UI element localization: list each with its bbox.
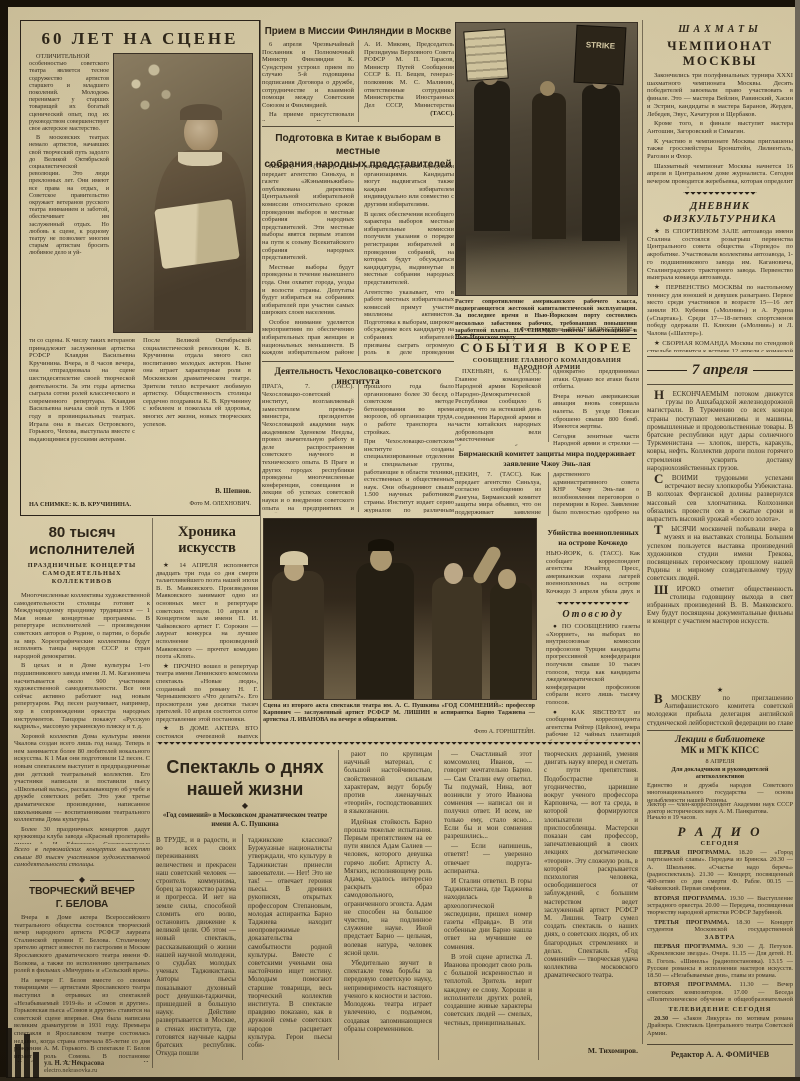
otovsyudu-title: Отовсюду	[546, 609, 640, 620]
theater-caption: Сцена из второго акта спектакля театра и…	[263, 702, 535, 724]
feature-caption: НА СНИМКЕ: К. В. КРУЧИНИНА.	[29, 501, 169, 508]
sports-diary-items: ★ В СПОРТИВНОМ ЗАЛЕ автозавода имени Ста…	[647, 228, 793, 352]
eighty-title-line1: 80 тысяч	[14, 524, 150, 541]
lectures-lecturer: Лектор — член-корреспондент Академии нау…	[647, 801, 793, 815]
chess-body: Закончились три полуфинальных турнира XX…	[647, 72, 793, 188]
koje-title-line2: на острове Кочжедо	[546, 538, 640, 548]
korea-col1: ПХЕНЬЯН, 6. (ТАСС). Главное командование…	[455, 368, 541, 446]
review-subtitle-line2: имени А. С. Пушкина	[156, 821, 334, 830]
lectures-audience: Для докладчиков и руководителей агитколл…	[647, 766, 793, 780]
divider	[358, 40, 359, 122]
scan-edge-right	[795, 0, 800, 1081]
radio-title: Р А Д И О	[647, 824, 793, 840]
picketer-head	[540, 81, 555, 96]
divider	[556, 602, 630, 606]
actor-figure	[272, 571, 324, 699]
radio-tv: 20.30 — «Закон Ликурга» по мотивам роман…	[647, 1015, 793, 1041]
divider	[438, 750, 439, 1060]
diamond-icon: ◆	[79, 876, 85, 884]
divider	[455, 334, 637, 339]
divider	[262, 126, 454, 127]
otovsyudu-items: ● ПО СООБЩЕНИЮ газеты «Хюрриет», на выбо…	[546, 623, 640, 741]
chronicle-title-line2: искусств	[156, 540, 258, 556]
feature-title: 60 ЛЕТ НА СЦЕНЕ	[21, 29, 259, 49]
czech-col2: прошлого года было организовано более 30…	[364, 383, 454, 513]
china-title-line1: Подготовка в Китае к выборам в местные	[262, 132, 454, 158]
editor-line: Редактор А. А. ФОМИЧЕВ	[647, 1050, 793, 1059]
divider	[647, 356, 793, 357]
diamond-icon: ◆	[156, 802, 334, 810]
chess-title-line2: МОСКВЫ	[647, 53, 793, 68]
eighty-body: Многочисленные коллективы художественной…	[14, 592, 150, 844]
radio-tomorrow-label: ЗАВТРА	[647, 934, 793, 941]
lectures-audience-line1: Для докладчиков и руководителей	[647, 766, 793, 773]
hair	[180, 104, 222, 120]
china-col2: ративами и другими народными организация…	[364, 163, 454, 357]
actor-face	[444, 563, 463, 584]
actor-face	[498, 569, 516, 589]
strike-credit: Фото из журнала «ВЕЛЬТ ИЛЛЮСТРИРТЕ».	[455, 327, 637, 333]
library-watermark: ул. Н. А. Некрасова electro.nekrasovka.r…	[6, 1026, 156, 1078]
april7-body: НЕСКОНЧАЕМЫМ потоком движутся грузы по А…	[647, 390, 793, 684]
actor-figure	[432, 577, 482, 699]
review-subtitle: «Год сомнений» в Московском драматическо…	[156, 812, 334, 829]
theater-credit: Фото А. ГОРНШТЕЙН.	[263, 729, 535, 735]
review-col5: творческих дерзаний, умения двигать наук…	[544, 750, 638, 1042]
chronicle-title-line1: Хроника	[156, 524, 258, 540]
lectures-audience-line2: агитколлективов	[647, 773, 793, 780]
lectures-topic: Единство и дружба народов Советского мно…	[647, 782, 793, 802]
burma-col2: дарственного административного совета КН…	[553, 471, 639, 517]
chess-title-line1: ЧЕМПИОНАТ	[647, 38, 793, 53]
feature-col2: ти со сцены. К числу таких ветеранов при…	[29, 337, 135, 485]
watermark-bars-icon	[6, 1028, 39, 1078]
picketer-figure	[582, 85, 620, 241]
eighty-subtitle: ПРАЗДНИЧНЫЕ КОНЦЕРТЫ САМОДЕЯТЕЛЬНЫХ КОЛЛ…	[14, 562, 150, 586]
burma-title-line1: Бирманский комитет защиты мира поддержив…	[455, 449, 639, 459]
belov-title-line1: ТВОРЧЕСКИЙ ВЕЧЕР	[14, 886, 150, 899]
review-col4: — Счастливый этот комсомолец Иванов, — г…	[444, 750, 532, 1060]
watermark-line2: electro.nekrasovka.ru	[44, 1067, 104, 1074]
divider	[338, 750, 339, 1060]
divider	[647, 384, 793, 385]
radio-today-label: СЕГОДНЯ	[647, 840, 793, 847]
review-col2: таджикские классики? Буржуазные национал…	[248, 836, 332, 1060]
april7-body2: В МОСКВУ по приглашению Антифашистского …	[647, 694, 793, 726]
review-col3: рают по крупицам научный материал, с бол…	[344, 750, 432, 1060]
review-col1: В ТРУДЕ, и в радости, и во всех своих пе…	[156, 836, 236, 1060]
april7-header: 7 апреля	[647, 362, 793, 379]
scan-edge-top	[0, 0, 800, 7]
picketer-figure	[474, 81, 510, 231]
newspaper-page: 60 ЛЕТ НА СЦЕНЕ ОТЛИЧИТЕЛЬНОЙ особенност…	[0, 0, 800, 1081]
chess-kicker: ШАХМАТЫ	[647, 24, 793, 35]
radio-tomorrow: ПЕРВАЯ ПРОГРАММА. 9.30 — Д. Петухов. «Кр…	[647, 943, 793, 1005]
feature-col3: После Великой Октябрьской социалистическ…	[143, 337, 251, 485]
koje-title-line1: Убийства военнопленных	[546, 528, 640, 538]
headscarf	[280, 551, 308, 565]
korea-title: СОБЫТИЯ В КОРЕЕ	[455, 340, 639, 356]
burma-title: Бирманский комитет защиты мира поддержив…	[455, 449, 639, 468]
china-col1: ПЕКИН, 7. (ТАСС). Как передает агентство…	[262, 163, 354, 357]
belov-title-line2: Г. БЕЛОВА	[14, 899, 150, 912]
strike-sign-text: STRIKE	[586, 40, 616, 51]
review-title: Спектакль о днях нашей жизни	[156, 756, 334, 800]
picket-sign	[464, 30, 507, 81]
koje-body: НЬЮ-ЙОРК, 6. (ТАСС). Как сообщает коррес…	[546, 550, 640, 598]
actor-figure	[490, 583, 532, 699]
lectures-title: Лекции в библиотеке МК и МГК КПСС	[647, 735, 793, 757]
theater-scene-photo	[263, 518, 537, 700]
strike-sign: STRIKE	[575, 26, 626, 84]
actor-hair	[368, 539, 394, 551]
review-title-line1: Спектакль о днях	[156, 756, 334, 778]
czech-col1: ПРАГА, 7. (ТАСС). Чехословацко-советский…	[262, 383, 354, 513]
feature-60-years-box: 60 ЛЕТ НА СЦЕНЕ ОТЛИЧИТЕЛЬНОЙ особенност…	[20, 20, 260, 516]
divider	[683, 192, 757, 196]
strike-picket-photo: STRIKE	[455, 22, 638, 296]
divider	[156, 742, 640, 746]
feature-photo-credit: Фото М. ОЛЕХНОВИЧ.	[171, 501, 251, 507]
review-title-line2: нашей жизни	[156, 778, 334, 800]
eighty-sub2: САМОДЕЯТЕЛЬНЫХ	[14, 570, 150, 578]
divider	[242, 834, 243, 1060]
sports-diary-title-line1: ДНЕВНИК	[647, 200, 793, 213]
eighty-sub3: КОЛЛЕКТИВОВ	[14, 578, 150, 586]
divider	[642, 20, 643, 1044]
divider	[548, 472, 549, 516]
koje-title: Убийства военнопленных на острове Кочжед…	[546, 528, 640, 547]
actor-figure	[356, 563, 414, 699]
star-icon: ★	[647, 686, 793, 694]
chronicle-items: ★ 14 АПРЕЛЯ исполняется двадцать три год…	[156, 562, 258, 738]
lectures-start: Начало в 19 часов.	[647, 814, 793, 822]
flowers	[118, 56, 178, 126]
ornament-divider: ◆	[30, 876, 134, 884]
sports-diary-title-line2: ФИЗКУЛЬТУРНИКА	[647, 213, 793, 226]
divider	[260, 20, 261, 744]
divider	[152, 518, 153, 1068]
review-subtitle-line1: «Год сомнений» в Московском драматическо…	[156, 812, 334, 821]
divider	[647, 730, 793, 731]
open-book	[154, 199, 240, 269]
divider	[262, 361, 454, 362]
collar	[178, 152, 222, 166]
burma-title-line2: заявление Чжоу Энь-лая	[455, 459, 639, 469]
divider	[538, 750, 539, 1060]
eighty-closing: Всего в первомайских концертах выступят …	[14, 846, 150, 872]
finland-tass: (ТАСС).	[364, 110, 454, 117]
finland-title: Прием в Миссии Финляндии в Москве	[262, 26, 454, 37]
watermark-line1: ул. Н. А. Некрасова	[44, 1060, 104, 1067]
korea-col2: однократно предпринимал атаки. Однако вс…	[553, 368, 639, 446]
finland-col1: 6 апреля Чрезвычайный Посланник и Полном…	[262, 41, 354, 121]
eighty-sub1: ПРАЗДНИЧНЫЕ КОНЦЕРТЫ	[14, 562, 150, 570]
finland-col2: А. И. Микоян, Председатель Президиума Ве…	[364, 41, 454, 109]
review-byline: М. Тихомиров.	[544, 1046, 638, 1055]
lectures-title-line1: Лекции в библиотеке	[647, 735, 793, 746]
radio-tv-label: ТЕЛЕВИДЕНИЕ СЕГОДНЯ	[647, 1006, 793, 1013]
belov-title: ТВОРЧЕСКИЙ ВЕЧЕР Г. БЕЛОВА	[14, 886, 150, 911]
divider	[548, 368, 549, 442]
picketer-figure	[532, 93, 566, 239]
lectures-date: 8 АПРЕЛЯ	[647, 758, 793, 765]
sports-diary-title: ДНЕВНИК ФИЗКУЛЬТУРНИКА	[647, 200, 793, 226]
divider	[358, 384, 359, 512]
divider	[647, 1044, 793, 1045]
eighty-title: 80 тысяч исполнителей	[14, 524, 150, 558]
radio-today: ПЕРВАЯ ПРОГРАММА. 18.20 — «Город партиза…	[647, 849, 793, 933]
feature-col1: ОТЛИЧИТЕЛЬНОЙ особенностью советского те…	[29, 53, 109, 333]
feature-byline: В. Шепнов.	[143, 487, 251, 495]
divider	[358, 162, 359, 356]
ground	[466, 235, 627, 295]
eighty-title-line2: исполнителей	[14, 541, 150, 558]
april7-title: 7 апреля	[692, 362, 748, 379]
chess-title: ЧЕМПИОНАТ МОСКВЫ	[647, 38, 793, 68]
kruchinina-portrait-photo	[113, 53, 253, 333]
lectures-title-line2: МК и МГК КПСС	[647, 746, 793, 757]
chronicle-title: Хроника искусств	[156, 524, 258, 556]
scan-edge-left	[0, 0, 8, 1081]
burma-col1: ПЕКИН, 7. (ТАСС). Как передает агентство…	[455, 471, 541, 517]
